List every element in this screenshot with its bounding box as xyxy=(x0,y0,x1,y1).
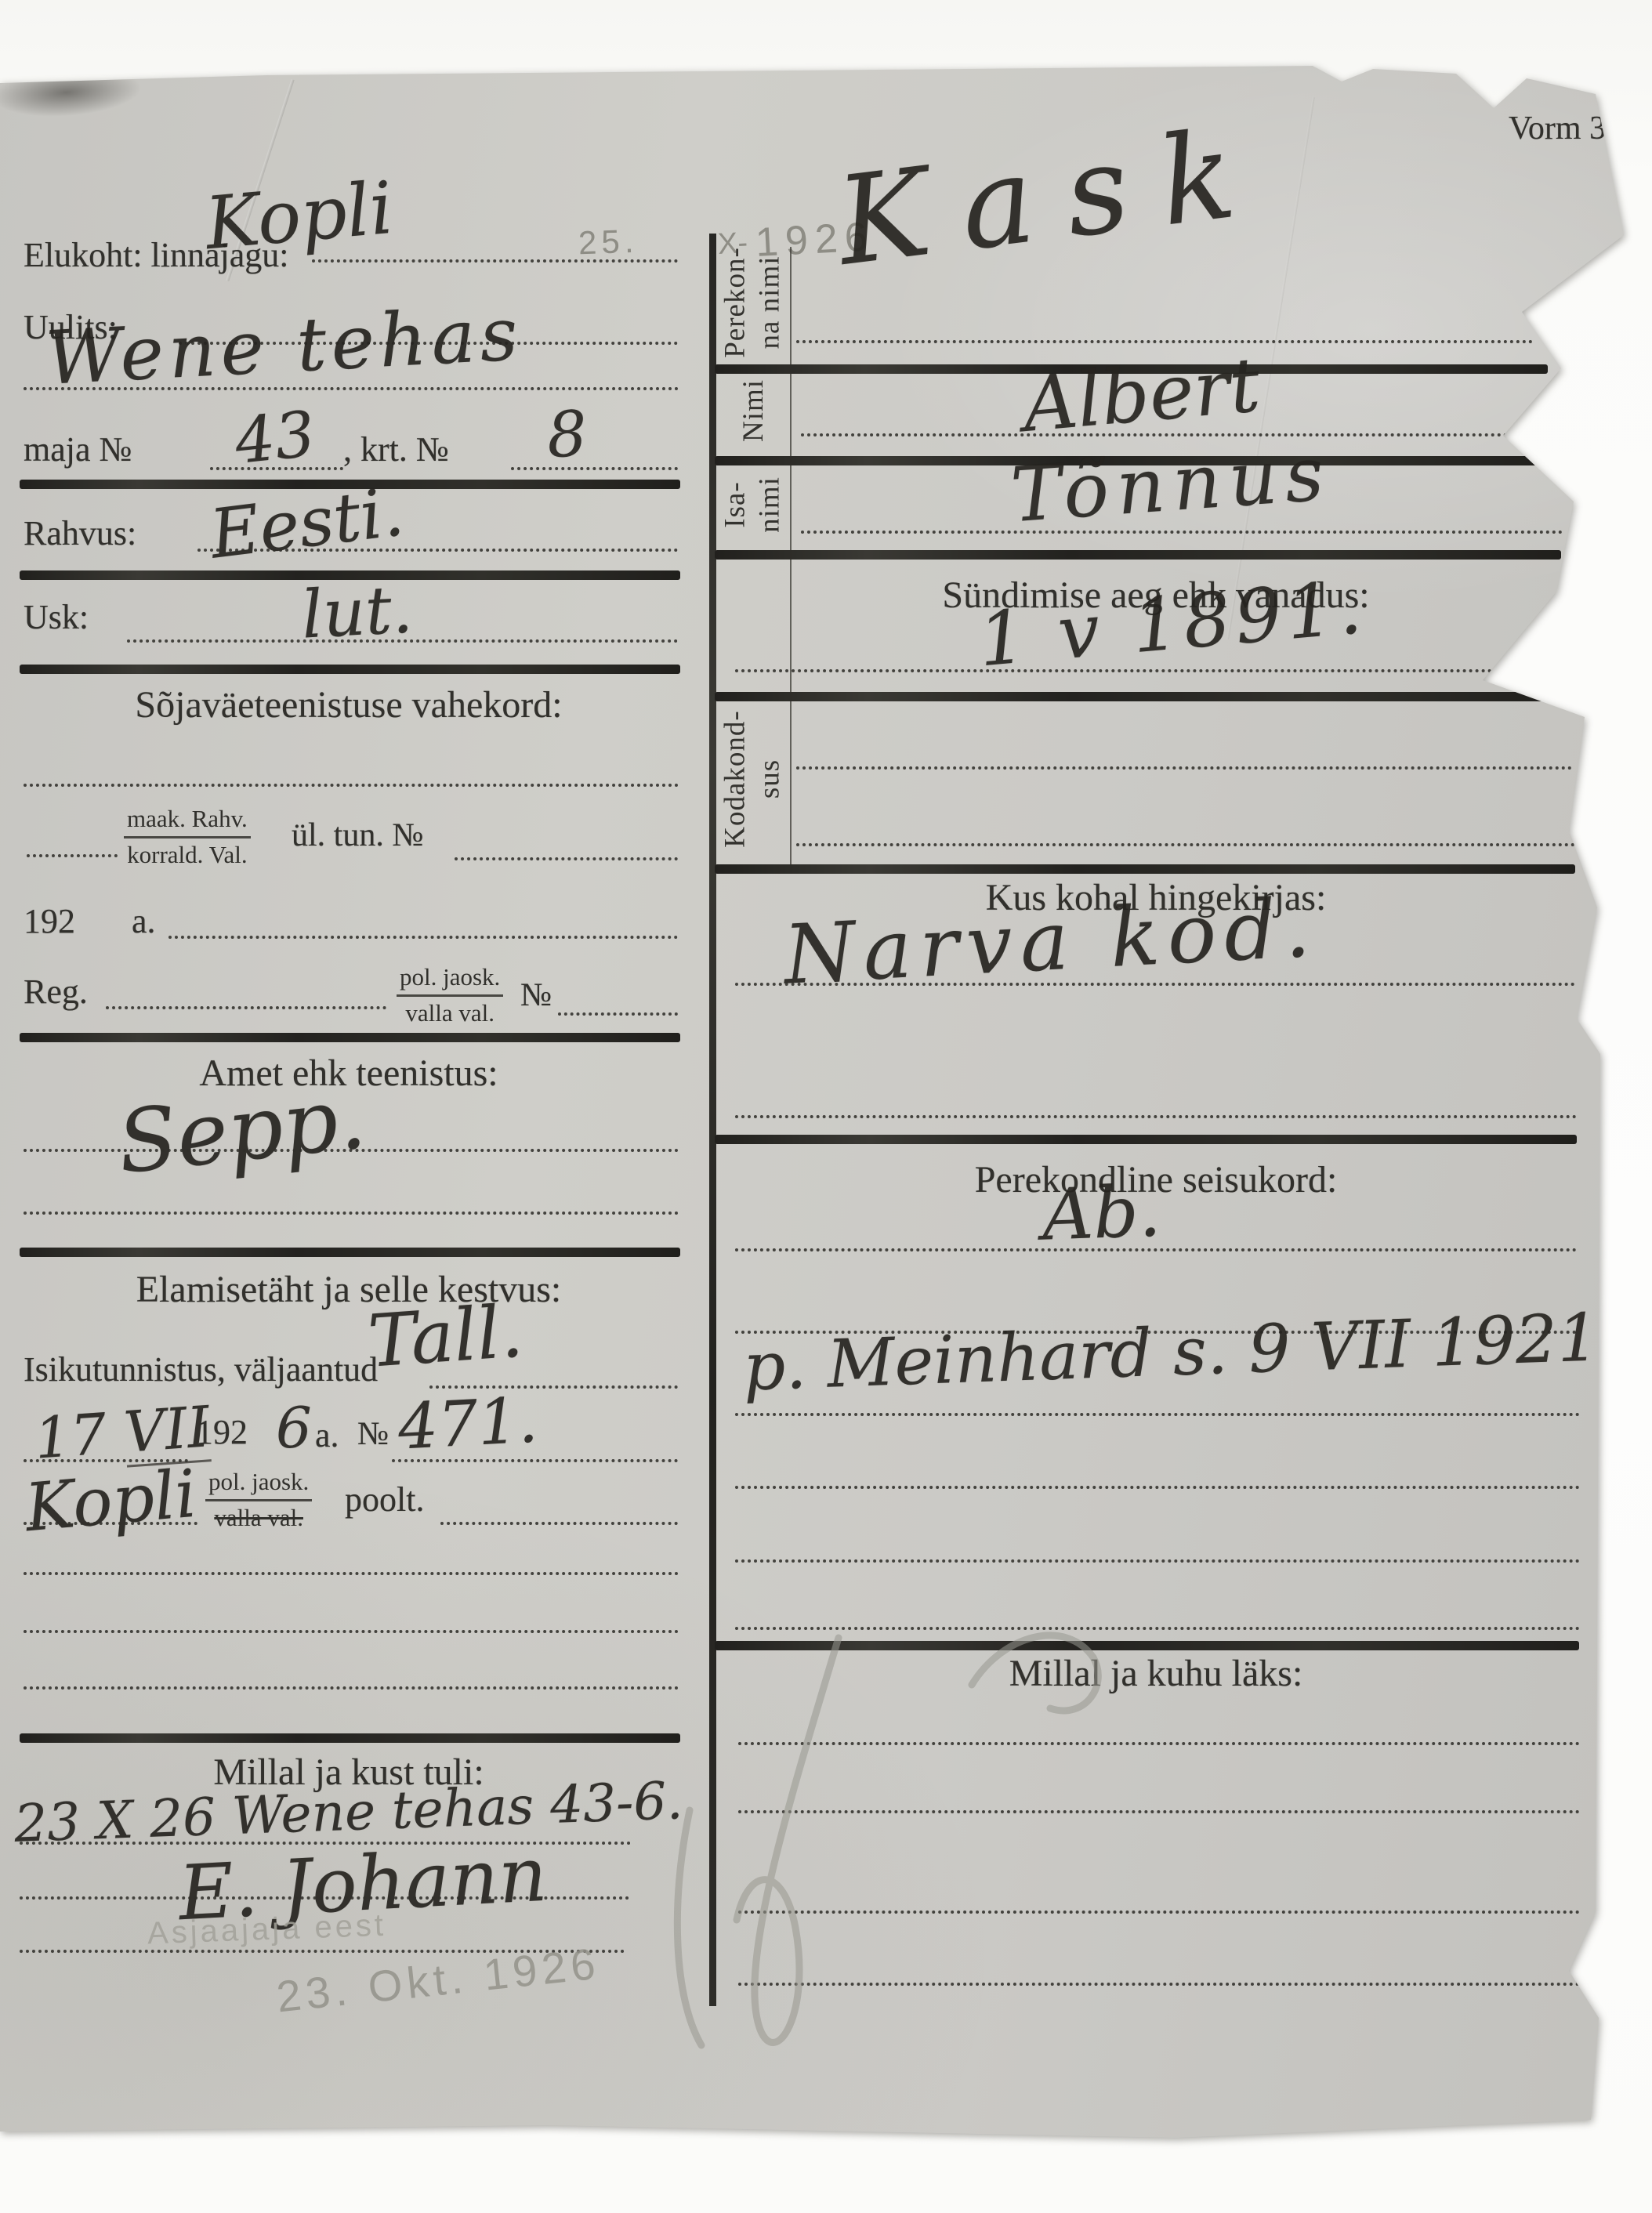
field-value-krt: 8 xyxy=(545,397,589,473)
dotted-line xyxy=(558,1012,678,1016)
frac-top: pol. jaosk. xyxy=(397,962,503,997)
issue-no-value: 471. xyxy=(397,1383,540,1463)
field-value-maja: 43 xyxy=(231,397,318,478)
dotted-line xyxy=(735,1248,1577,1251)
field-label-isikutunnistus: Isikutunnistus, väljaantud xyxy=(24,1349,378,1389)
dotted-line xyxy=(24,784,679,787)
field-label-no-sign: № xyxy=(520,976,552,1014)
dotted-line xyxy=(27,854,118,857)
field-label-isanimi: Isa- nimi xyxy=(718,476,786,533)
stamp-reg-day: 25. xyxy=(578,223,639,263)
section-divider-bar xyxy=(20,665,680,674)
dotted-line xyxy=(735,1486,1580,1489)
registration-card-paper: Vorm 36. Elukoht: linnajagu: Kopli 25. X… xyxy=(0,0,1652,2213)
frac-bottom: korrald. Val. xyxy=(124,838,251,871)
field-value-elukoht: Kopli xyxy=(202,166,397,266)
dotted-line xyxy=(455,857,678,860)
field-value-perekondline: Ab. xyxy=(1041,1170,1162,1256)
field-label-rahvus: Rahvus: xyxy=(24,513,136,553)
stamp-asjaajaja: Asjaajaja eest xyxy=(147,1908,386,1952)
section-divider-bar xyxy=(715,1135,1577,1144)
dotted-line xyxy=(735,983,1575,986)
dotted-line xyxy=(127,639,678,643)
dotted-line xyxy=(24,1149,679,1152)
section-divider-bar xyxy=(715,550,1561,560)
field-label-krt: , krt. № xyxy=(343,429,449,469)
scanned-registration-card-page: { "form_code": "Vorm 36.", "reg_stamp": … xyxy=(0,0,1652,2213)
field-label-year-printed: 192 xyxy=(24,901,75,941)
dotted-line xyxy=(24,1522,197,1525)
field-value-elamisetaht: Tall. xyxy=(366,1289,526,1383)
dotted-line xyxy=(168,936,678,939)
field-label-nimi: Nimi xyxy=(737,379,771,442)
label-line2: nimi xyxy=(752,476,787,533)
dotted-line xyxy=(106,1006,386,1009)
form-code: Vorm 36. xyxy=(1509,110,1631,147)
issuer-value: Kopli xyxy=(22,1455,199,1547)
pencil-signature-scrawl xyxy=(643,1591,1238,2171)
label-line1: Nimi xyxy=(737,379,771,442)
frac-bottom: valla val. xyxy=(397,997,503,1029)
issuer-pol-jaosk: pol. jaosk. valla val. xyxy=(205,1467,312,1534)
section-divider-bar xyxy=(20,1733,680,1743)
issue-year-printed: 192 xyxy=(196,1412,248,1452)
dotted-line xyxy=(735,669,1567,672)
dotted-line xyxy=(24,1572,679,1575)
issue-no-sign: № xyxy=(357,1415,389,1453)
field-note-perekondline: p. Meinhard s. 9 VII 1921. xyxy=(742,1298,1621,1405)
label-line1: Perekon- xyxy=(718,247,752,358)
field-label-pol-jaosk: pol. jaosk. valla val. xyxy=(397,962,503,1029)
frac-bottom-struck: valla val. xyxy=(205,1501,312,1534)
field-label-year-a: a. xyxy=(132,901,156,941)
section-header-sojavae: Sõjaväeteenistuse vahekord: xyxy=(20,683,678,726)
dotted-line xyxy=(197,549,678,552)
dotted-line xyxy=(796,843,1575,846)
field-label-reg: Reg. xyxy=(24,972,88,1012)
dotted-line xyxy=(20,1896,629,1900)
section-divider-bar xyxy=(20,1033,680,1042)
field-label-usk: Usk: xyxy=(24,597,89,637)
field-value-perekonnanimi: Kask xyxy=(830,100,1275,293)
dotted-line xyxy=(801,531,1563,534)
paper-shadow-wrap: Vorm 36. Elukoht: linnajagu: Kopli 25. X… xyxy=(0,0,1652,2213)
label-line1: Kodakond- xyxy=(718,710,752,847)
section-divider-bar xyxy=(715,864,1575,874)
dotted-line xyxy=(735,1413,1580,1416)
field-label-ul-tun: ül. tun. № xyxy=(292,817,423,854)
frac-top: pol. jaosk. xyxy=(205,1467,312,1501)
label-line1: Isa- xyxy=(718,476,752,533)
dotted-line xyxy=(210,467,343,470)
label-line2: na nimi xyxy=(752,247,787,358)
dotted-line xyxy=(24,1630,679,1633)
label-line2: sus xyxy=(752,710,787,847)
scan-smudge xyxy=(0,63,143,121)
section-header-elamisetaht: Elamisetäht ja selle kestvus: xyxy=(20,1268,678,1311)
dotted-line xyxy=(735,1115,1577,1118)
frac-top: maak. Rahv. xyxy=(124,804,251,838)
dotted-line xyxy=(801,433,1558,436)
dotted-line xyxy=(392,1459,678,1462)
dotted-line xyxy=(796,766,1572,770)
field-label-maja: maja № xyxy=(24,429,132,469)
dotted-line xyxy=(440,1522,678,1525)
dotted-line xyxy=(735,1559,1580,1563)
dotted-line xyxy=(796,340,1533,343)
issue-year-written: 6 xyxy=(276,1395,312,1461)
field-label-kodakondsus: Kodakond- sus xyxy=(718,710,786,847)
section-divider-bar xyxy=(715,692,1565,701)
dotted-line xyxy=(24,1212,679,1215)
field-label-perekonnanimi: Perekon- na nimi xyxy=(718,247,786,358)
issue-a: a. xyxy=(315,1415,339,1455)
section-divider-bar xyxy=(20,1248,680,1257)
field-label-maak-rahv: maak. Rahv. korrald. Val. xyxy=(124,804,251,871)
dotted-line xyxy=(24,387,679,390)
dotted-line xyxy=(511,467,678,470)
field-label-poolt: poolt. xyxy=(345,1480,424,1519)
dotted-line xyxy=(24,1686,679,1690)
